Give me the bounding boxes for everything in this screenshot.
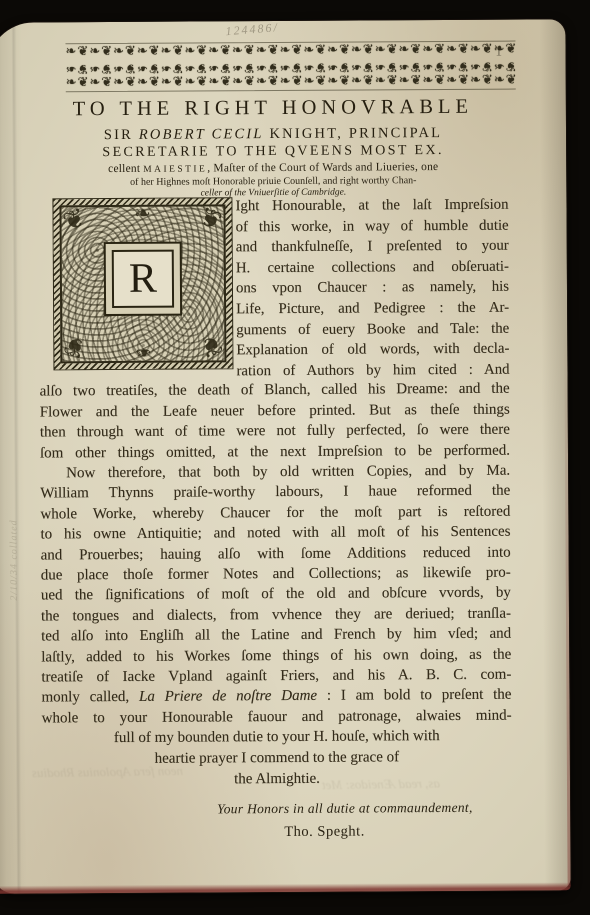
text-line: the tongues and dialects, from vvhence t… bbox=[41, 603, 511, 626]
paragraph-1-full-width: alſo two treatiſes, the death of Blanch,… bbox=[40, 379, 510, 464]
headpiece-ornament: ❧❦❧❦❧❦❧❦❧❦❧❦❧❦❧❦❧❦❧❦❧❦❧❦❧❦❧❦❧❦❧❦❧❦❧❦❧❦❧❦… bbox=[65, 41, 515, 93]
pencil-shelfmark: 124486/ bbox=[225, 14, 366, 40]
woodcut-dropcap-block: ❦ ❦ ❦ ❦ ❧ ❧ R bbox=[53, 198, 232, 369]
author-signature: Tho. Speght. bbox=[284, 823, 365, 840]
text-line: ons vpon Chaucer : as namely, his bbox=[236, 277, 509, 299]
text-line: Life, Picture, and Pedigree : the Ar- bbox=[236, 298, 509, 320]
text-line: treatiſe of Iacke Vpland againſt Friers,… bbox=[41, 664, 511, 687]
text-line: William Thynns praiſe-worthy labours, I … bbox=[40, 481, 510, 504]
fleuron-icon: ❦ bbox=[60, 328, 91, 364]
paragraph-2: Now therefore, that both by old written … bbox=[40, 461, 512, 729]
heading-line-4: cellent MAIESTIE, Maſter of the Court of… bbox=[38, 161, 508, 176]
text-line: Explanation of old words, with decla- bbox=[236, 339, 509, 361]
text-line: guments of euery Booke and Tale: the bbox=[236, 318, 509, 340]
text-line: laſtly, added to his Workes ſome things … bbox=[41, 644, 511, 667]
text-line: due place thoſe former Notes and Collect… bbox=[41, 563, 511, 586]
fleuron-icon: ❦ bbox=[196, 328, 227, 364]
text-line: Flower and the Leafe neuer before printe… bbox=[40, 399, 510, 422]
text-line: Now therefore, that both by old written … bbox=[40, 461, 510, 484]
dedication-heading: TO THE RIGHT HONOVRABLE SIR ROBERT CECIL… bbox=[38, 96, 509, 200]
fleuron-icon: ❦ bbox=[195, 202, 226, 238]
text-line: the Almightie. bbox=[42, 767, 512, 791]
text-line: alſo two treatiſes, the death of Blanch,… bbox=[40, 379, 510, 402]
text-line: ſom other things omitted, at the next Im… bbox=[40, 440, 510, 463]
fleuron-icon: ❦ bbox=[59, 202, 90, 238]
heading-line-2: SIR ROBERT CECIL KNIGHT, PRINCIPAL bbox=[38, 125, 508, 145]
text-line: and thankfulneſſe, I preſented to your bbox=[236, 236, 509, 258]
paragraph-1-beside-dropcap: Ight Honourable, at the laſt Impreſsiono… bbox=[235, 195, 509, 382]
book-page: 124486/ 2/10/34 collated 1 neon fera Apo… bbox=[0, 19, 571, 894]
red-stained-bottom-edge bbox=[0, 882, 571, 894]
closing-lines: full of my bounden dutie to your H. houſ… bbox=[42, 726, 512, 791]
photo-background: 124486/ 2/10/34 collated 1 neon fera Apo… bbox=[0, 0, 590, 915]
text-line: Ight Honourable, at the laſt Impreſsion bbox=[235, 195, 508, 217]
text-line: ted alſo into Engliſh all the Latine and… bbox=[41, 624, 511, 647]
heading-line-3: SECRETARIE TO THE QVEENS MOST EX. bbox=[38, 143, 508, 162]
text-line: whole Worke, whereby Chaucer for the moſ… bbox=[40, 501, 510, 524]
text-line: to his owne Antiquitie; and noted with a… bbox=[40, 522, 510, 545]
valediction: Your Honors in all dutie at commaundemen… bbox=[217, 800, 497, 818]
text-line: of this worke, in way of humble dutie bbox=[236, 215, 509, 237]
dropcap-foliage: ❦ ❦ ❦ ❦ ❧ ❧ R bbox=[59, 204, 226, 363]
text-line: full of my bounden dutie to your H. houſ… bbox=[42, 726, 512, 750]
margin-pencil-note: 2/10/34 collated bbox=[8, 431, 20, 601]
text-line: and Prouerbes; hauing alſo with ſome Add… bbox=[41, 542, 511, 565]
text-line: then through want of time were not fully… bbox=[40, 420, 510, 443]
dropcap-letter-R: R bbox=[129, 258, 157, 300]
heading-line-1: TO THE RIGHT HONOVRABLE bbox=[38, 96, 508, 122]
text-line: ued the ſignifications of moſt of the ol… bbox=[41, 583, 511, 606]
ornament-row: ❧❦❧❦❧❦❧❦❧❦❧❦❧❦❧❦❧❦❧❦❧❦❧❦❧❦❧❦❧❦❧❦❧❦❧❦❧❦❧❦… bbox=[66, 57, 516, 75]
dropcap-letterbox: R bbox=[112, 250, 174, 308]
text-line: heartie prayer I commend to the grace of bbox=[42, 746, 512, 770]
fleuron-icon: ❧ bbox=[135, 341, 152, 365]
text-line: monly called, La Priere de noſtre Dame :… bbox=[41, 685, 511, 708]
fleuron-icon: ❧ bbox=[134, 201, 151, 225]
red-stained-fore-edge bbox=[564, 324, 570, 886]
text-line: H. certaine collections and obſeruati- bbox=[236, 256, 509, 278]
